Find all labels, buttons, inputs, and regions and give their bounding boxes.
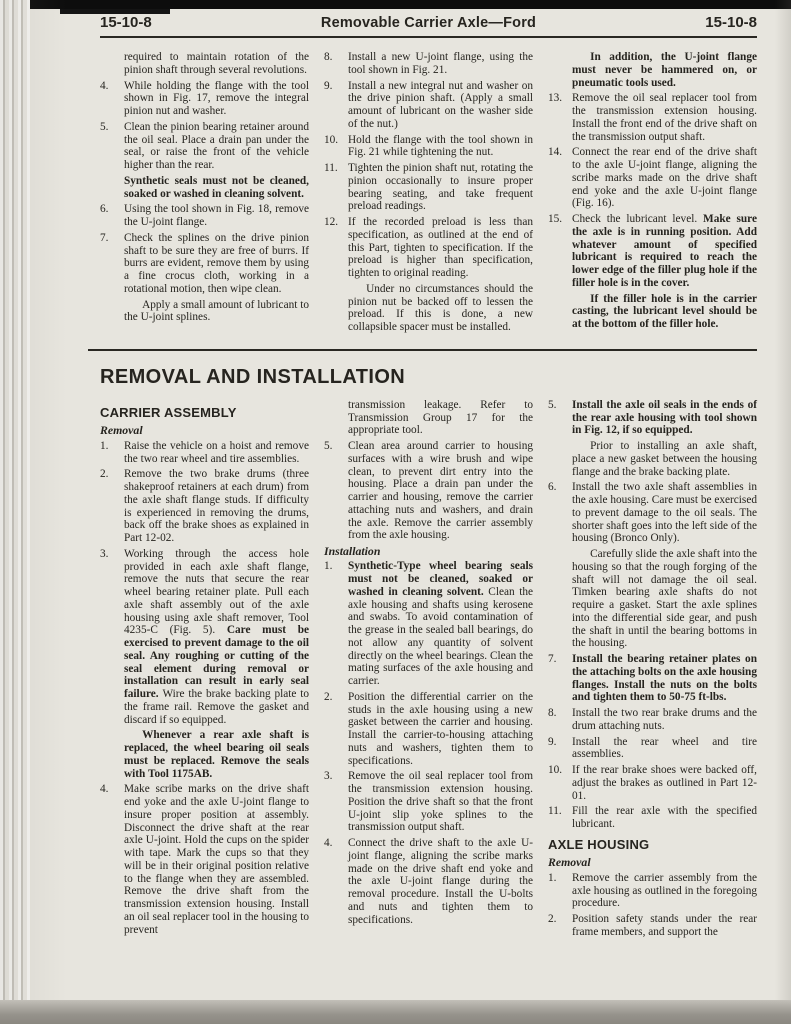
step-text: If the recorded preload is less than spe… [348, 216, 533, 280]
step-text: Check the lubricant level. Make sure the… [572, 213, 757, 290]
text-run: Prior to installing an axle shaft, place… [572, 440, 757, 478]
step-text: Fill the rear axle with the specified lu… [572, 805, 757, 831]
step-text: Position the differential carrier on the… [348, 691, 533, 768]
step-number: 14. [548, 146, 572, 210]
step-number: 9. [548, 736, 572, 762]
step-number: 4. [100, 783, 124, 936]
step-text: Remove the oil seal replacer tool from t… [348, 770, 533, 834]
manual-page: 15-10-8 Removable Carrier Axle—Ford 15-1… [100, 14, 757, 942]
step-number: 11. [324, 162, 348, 213]
procedure-step: 5.Clean the pinion bearing retainer arou… [100, 121, 309, 172]
procedure-step: 3.Working through the access hole provid… [100, 548, 309, 727]
text-run: If the recorded preload is less than spe… [348, 216, 533, 279]
procedure-step: 5.Clean area around carrier to housing s… [324, 440, 533, 542]
step-number: 7. [548, 653, 572, 704]
step-text: If the rear brake shoes were backed off,… [572, 764, 757, 802]
step-number: 10. [324, 134, 348, 160]
procedure-step: 11.Tighten the pinion shaft nut, rotatin… [324, 162, 533, 213]
indented-paragraph: Carefully slide the axle shaft into the … [572, 548, 757, 650]
step-text: Install the rear wheel and tire assembli… [572, 736, 757, 762]
subsection-heading: CARRIER ASSEMBLY [100, 406, 309, 421]
indented-paragraph: Whenever a rear axle shaft is replaced, … [124, 729, 309, 780]
step-text: Raise the vehicle on a hoist and remove … [124, 440, 309, 466]
step-text: Make scribe marks on the drive shaft end… [124, 783, 309, 936]
procedure-step: 10.If the rear brake shoes were backed o… [548, 764, 757, 802]
procedure-step: 6.Install the two axle shaft assemblies … [548, 481, 757, 545]
main-section: CARRIER ASSEMBLYRemoval1.Raise the vehic… [100, 399, 757, 942]
step-text: Remove the carrier assembly from the axl… [572, 872, 757, 910]
step-number: 12. [324, 216, 348, 280]
column-2: 8.Install a new U-joint flange, using th… [324, 51, 533, 337]
text-run: Position the differential carrier on the… [348, 691, 533, 767]
procedure-step: 2.Remove the two brake drums (three shak… [100, 468, 309, 545]
step-text: Install the two rear brake drums and the… [572, 707, 757, 733]
text-run: Tighten the pinion shaft nut, rotating t… [348, 162, 533, 212]
step-number: 5. [324, 440, 348, 542]
text-run: Under no circumstances should the pinion… [348, 283, 533, 333]
step-text: Tighten the pinion shaft nut, rotating t… [348, 162, 533, 213]
procedure-step: 8.Install a new U-joint flange, using th… [324, 51, 533, 77]
manual-title: Removable Carrier Axle—Ford [321, 15, 536, 31]
continuation-paragraph: required to maintain rotation of the pin… [124, 51, 309, 77]
step-text: Using the tool shown in Fig. 18, remove … [124, 203, 309, 229]
text-run: Install the two axle shaft assemblies in… [572, 481, 757, 544]
procedure-step: 6.Using the tool shown in Fig. 18, remov… [100, 203, 309, 229]
procedure-step: 2.Position safety stands under the rear … [548, 913, 757, 939]
step-number: 4. [324, 837, 348, 926]
page-gutter-shadow [0, 0, 95, 1024]
header-rule [100, 36, 757, 38]
text-run: While holding the flange with the tool s… [124, 80, 309, 118]
page-header: 15-10-8 Removable Carrier Axle—Ford 15-1… [100, 14, 757, 31]
procedure-step: 1.Synthetic-Type wheel bearing seals mus… [324, 560, 533, 688]
bold-text-run: Whenever a rear axle shaft is replaced, … [124, 729, 309, 779]
bold-text-run: Install the axle oil seals in the ends o… [572, 399, 757, 437]
text-run: Install a new integral nut and washer on… [348, 80, 533, 130]
step-text: Hold the flange with the tool shown in F… [348, 134, 533, 160]
section-heading: REMOVAL AND INSTALLATION [100, 366, 757, 389]
step-text: Remove the two brake drums (three shakep… [124, 468, 309, 545]
column-3: In addition, the U-joint flange must nev… [548, 51, 757, 337]
step-text: Install a new integral nut and washer on… [348, 80, 533, 131]
step-text: Install a new U-joint flange, using the … [348, 51, 533, 77]
indented-paragraph: Apply a small amount of lubricant to the… [124, 299, 309, 325]
step-number: 6. [100, 203, 124, 229]
procedure-step: 1.Remove the carrier assembly from the a… [548, 872, 757, 910]
column-1: CARRIER ASSEMBLYRemoval1.Raise the vehic… [100, 399, 309, 942]
text-run: Install the two rear brake drums and the… [572, 707, 757, 732]
step-number: 13. [548, 92, 572, 143]
continuation-paragraph: transmission leakage. Refer to Transmiss… [348, 399, 533, 437]
step-text: Install the axle oil seals in the ends o… [572, 399, 757, 437]
step-text: Clean the pinion bearing retainer around… [124, 121, 309, 172]
step-number: 2. [324, 691, 348, 768]
procedure-step: 14.Connect the rear end of the drive sha… [548, 146, 757, 210]
bold-text-run: Synthetic seals must not be cleaned, soa… [124, 175, 309, 200]
indented-paragraph: If the filler hole is in the carrier cas… [572, 293, 757, 331]
step-text: Remove the oil seal replacer tool from t… [572, 92, 757, 143]
text-run: Make scribe marks on the drive shaft end… [124, 783, 309, 935]
text-run: transmission leakage. Refer to Transmiss… [348, 399, 533, 437]
step-number: 8. [548, 707, 572, 733]
text-run: Clean the axle housing and shafts using … [348, 586, 533, 687]
procedure-step: 13.Remove the oil seal replacer tool fro… [548, 92, 757, 143]
indented-paragraph: Prior to installing an axle shaft, place… [572, 440, 757, 478]
bold-text-run: If the filler hole is in the carrier cas… [572, 293, 757, 331]
procedure-step: 8.Install the two rear brake drums and t… [548, 707, 757, 733]
text-run: Carefully slide the axle shaft into the … [572, 548, 757, 649]
column-1: required to maintain rotation of the pin… [100, 51, 309, 337]
procedure-label: Removal [548, 856, 757, 869]
step-number: 6. [548, 481, 572, 545]
text-run: Hold the flange with the tool shown in F… [348, 134, 533, 159]
indented-paragraph: Under no circumstances should the pinion… [348, 283, 533, 334]
text-run: Position safety stands under the rear fr… [572, 913, 757, 938]
text-run: Connect the drive shaft to the axle U-jo… [348, 837, 533, 926]
procedure-step: 7.Check the splines on the drive pinion … [100, 232, 309, 296]
procedure-step: 4.Connect the drive shaft to the axle U-… [324, 837, 533, 926]
step-text: Clean area around carrier to housing sur… [348, 440, 533, 542]
text-run: Install a new U-joint flange, using the … [348, 51, 533, 76]
step-text: Working through the access hole provided… [124, 548, 309, 727]
step-number: 1. [548, 872, 572, 910]
step-number: 2. [100, 468, 124, 545]
text-run: Remove the oil seal replacer tool from t… [572, 92, 757, 142]
step-number: 3. [100, 548, 124, 727]
procedure-step: 11.Fill the rear axle with the specified… [548, 805, 757, 831]
text-run: Raise the vehicle on a hoist and remove … [124, 440, 309, 465]
step-number: 10. [548, 764, 572, 802]
step-text: Connect the drive shaft to the axle U-jo… [348, 837, 533, 926]
page-right-shadow [775, 0, 791, 1024]
text-run: Install the rear wheel and tire assembli… [572, 736, 757, 761]
top-section: required to maintain rotation of the pin… [100, 51, 757, 337]
procedure-label: Removal [100, 424, 309, 437]
step-number: 1. [100, 440, 124, 466]
procedure-step: 7.Install the bearing retainer plates on… [548, 653, 757, 704]
page-number-right: 15-10-8 [705, 14, 757, 31]
step-text: Install the bearing retainer plates on t… [572, 653, 757, 704]
step-number: 15. [548, 213, 572, 290]
text-run: required to maintain rotation of the pin… [124, 51, 309, 76]
text-run: Connect the rear end of the drive shaft … [572, 146, 757, 209]
text-run: If the rear brake shoes were backed off,… [572, 764, 757, 802]
step-number: 2. [548, 913, 572, 939]
book-bottom-edge [0, 1000, 791, 1024]
procedure-step: 12.If the recorded preload is less than … [324, 216, 533, 280]
continuation-paragraph: Synthetic seals must not be cleaned, soa… [124, 175, 309, 201]
text-run: Using the tool shown in Fig. 18, remove … [124, 203, 309, 228]
bold-text-run: Removal [548, 855, 591, 869]
bold-text-run: CARRIER ASSEMBLY [100, 405, 237, 420]
book-top-edge [22, 0, 791, 9]
text-run: Working through the access hole provided… [124, 548, 309, 637]
step-text: Check the splines on the drive pinion sh… [124, 232, 309, 296]
text-run: Apply a small amount of lubricant to the… [124, 299, 309, 324]
indented-paragraph: In addition, the U-joint flange must nev… [572, 51, 757, 89]
text-run: Remove the oil seal replacer tool from t… [348, 770, 533, 833]
text-run: Remove the two brake drums (three shakep… [124, 468, 309, 544]
page-number-left: 15-10-8 [100, 14, 152, 31]
procedure-step: 4.While holding the flange with the tool… [100, 80, 309, 118]
step-text: While holding the flange with the tool s… [124, 80, 309, 118]
subsection-heading: AXLE HOUSING [548, 838, 757, 853]
procedure-step: 15.Check the lubricant level. Make sure … [548, 213, 757, 290]
text-run: Fill the rear axle with the specified lu… [572, 805, 757, 830]
text-run: Clean area around carrier to housing sur… [348, 440, 533, 541]
step-number: 1. [324, 560, 348, 688]
procedure-step: 5.Install the axle oil seals in the ends… [548, 399, 757, 437]
procedure-step: 2.Position the differential carrier on t… [324, 691, 533, 768]
procedure-step: 10.Hold the flange with the tool shown i… [324, 134, 533, 160]
text-run: Remove the carrier assembly from the axl… [572, 872, 757, 910]
procedure-step: 1.Raise the vehicle on a hoist and remov… [100, 440, 309, 466]
bold-text-run: Install the bearing retainer plates on t… [572, 653, 757, 703]
bold-text-run: Removal [100, 423, 143, 437]
step-number: 5. [548, 399, 572, 437]
step-number: 8. [324, 51, 348, 77]
step-number: 5. [100, 121, 124, 172]
bold-text-run: In addition, the U-joint flange must nev… [572, 51, 757, 89]
bold-text-run: AXLE HOUSING [548, 837, 649, 852]
step-text: Install the two axle shaft assemblies in… [572, 481, 757, 545]
section-divider-rule [88, 349, 757, 351]
procedure-step: 3.Remove the oil seal replacer tool from… [324, 770, 533, 834]
procedure-step: 9.Install a new integral nut and washer … [324, 80, 533, 131]
step-text: Position safety stands under the rear fr… [572, 913, 757, 939]
text-run: Check the splines on the drive pinion sh… [124, 232, 309, 295]
procedure-step: 4.Make scribe marks on the drive shaft e… [100, 783, 309, 936]
step-number: 9. [324, 80, 348, 131]
text-run: Check the lubricant level. [572, 213, 703, 225]
column-3: 5.Install the axle oil seals in the ends… [548, 399, 757, 942]
step-number: 7. [100, 232, 124, 296]
procedure-label: Installation [324, 545, 533, 558]
step-number: 11. [548, 805, 572, 831]
procedure-step: 9.Install the rear wheel and tire assemb… [548, 736, 757, 762]
column-2: transmission leakage. Refer to Transmiss… [324, 399, 533, 942]
bold-text-run: Installation [324, 544, 380, 558]
step-text: Synthetic-Type wheel bearing seals must … [348, 560, 533, 688]
text-run: Clean the pinion bearing retainer around… [124, 121, 309, 171]
step-number: 3. [324, 770, 348, 834]
step-text: Connect the rear end of the drive shaft … [572, 146, 757, 210]
step-number: 4. [100, 80, 124, 118]
